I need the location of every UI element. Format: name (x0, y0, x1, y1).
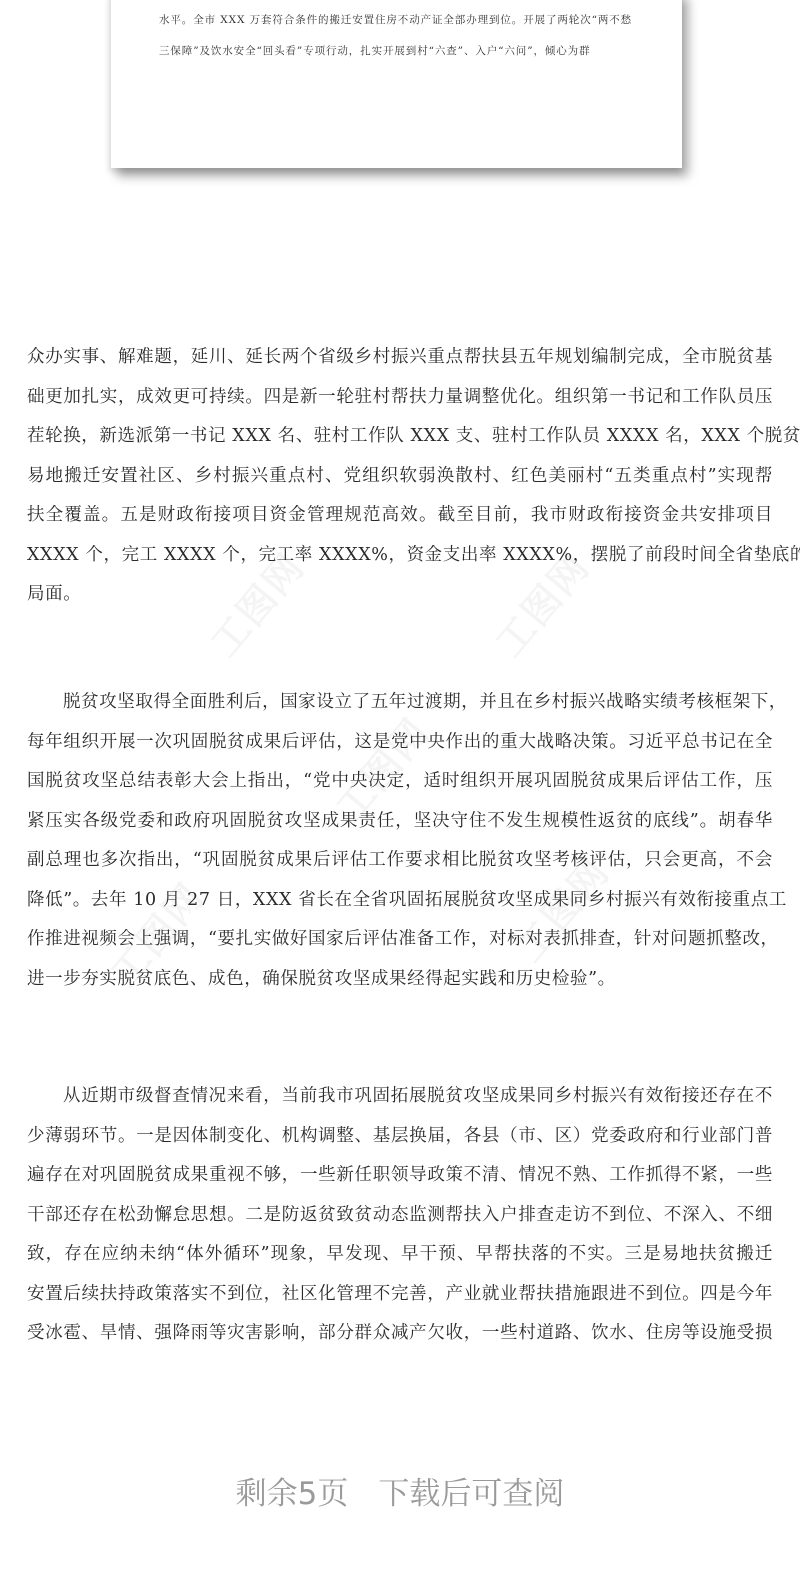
text-line: 作推进视频会上强调，“要扎实做好国家后评估准备工作，对标对表抓排查，针对问题抓整… (27, 920, 773, 960)
previous-page-preview: 水平。全市 XXX 万套符合条件的搬迁安置住房不动产证全部办理到位。开展了两轮次… (111, 0, 682, 168)
text-line: 安置后续扶持政策落实不到位，社区化管理不完善，产业就业帮扶措施跟进不到位。四是今… (27, 1275, 773, 1315)
preview-line: 三保障”及饮水安全“回头看”专项行动，扎实开展到村“六查”、入户“六问”，倾心为… (159, 43, 644, 58)
text-line: 遍存在对巩固脱贫成果重视不够，一些新任职领导政策不清、情况不熟、工作抓得不紧，一… (27, 1156, 773, 1196)
paragraph: 从近期市级督查情况来看，当前我市巩固拓展脱贫攻坚成果同乡村振兴有效衔接还存在不 … (27, 1077, 773, 1354)
text-line: 少薄弱环节。一是因体制变化、机构调整、基层换届，各县（市、区）党委政府和行业部门… (27, 1117, 773, 1157)
paragraph: 脱贫攻坚取得全面胜利后，国家设立了五年过渡期，并且在乡村振兴战略实绩考核框架下，… (27, 683, 773, 999)
text-line: 每年组织开展一次巩固脱贫成果后评估，这是党中央作出的重大战略决策。习近平总书记在… (27, 723, 773, 763)
text-line: 础更加扎实，成效更可持续。四是新一轮驻村帮扶力量调整优化。组织第一书记和工作队员… (27, 378, 773, 418)
text-line: 局面。 (27, 575, 773, 615)
download-hint-label: 下载后可查阅 (378, 1476, 564, 1512)
text-line: 致，存在应纳未纳“体外循环”现象，早发现、早干预、早帮扶落的不实。三是易地扶贫搬… (27, 1235, 773, 1275)
text-line: 紧压实各级党委和政府巩固脱贫攻坚成果责任，坚决守住不发生规模性返贫的底线”。胡春… (27, 802, 773, 842)
preview-line: 水平。全市 XXX 万套符合条件的搬迁安置住房不动产证全部办理到位。开展了两轮次… (159, 12, 644, 27)
text-line: 易地搬迁安置社区、乡村振兴重点村、党组织软弱涣散村、红色美丽村“五类重点村”实现… (27, 457, 773, 497)
download-to-read-more-banner[interactable]: 剩余5页下载后可查阅 (0, 1468, 800, 1513)
text-line: 国脱贫攻坚总结表彰大会上指出，“党中央决定，适时组织开展巩固脱贫成果后评估工作，… (27, 762, 773, 802)
text-line: 茬轮换，新选派第一书记 XXX 名、驻村工作队 XXX 支、驻村工作队员 XXX… (27, 417, 773, 457)
text-line: 干部还存在松劲懈怠思想。二是防返贫致贫动态监测帮扶入户排查走访不到位、不深入、不… (27, 1196, 773, 1236)
text-line: 脱贫攻坚取得全面胜利后，国家设立了五年过渡期，并且在乡村振兴战略实绩考核框架下， (27, 683, 773, 723)
text-line: 进一步夯实脱贫底色、成色，确保脱贫攻坚成果经得起实践和历史检验”。 (27, 960, 773, 1000)
text-line: 降低”。去年 10 月 27 日，XXX 省长在全省巩固拓展脱贫攻坚成果同乡村振… (27, 881, 773, 921)
text-line: 从近期市级督查情况来看，当前我市巩固拓展脱贫攻坚成果同乡村振兴有效衔接还存在不 (27, 1077, 773, 1117)
text-line: 副总理也多次指出，“巩固脱贫成果后评估工作要求相比脱贫攻坚考核评估，只会更高，不… (27, 841, 773, 881)
paragraph: 众办实事、解难题，延川、延长两个省级乡村振兴重点帮扶县五年规划编制完成，全市脱贫… (27, 338, 773, 615)
text-line: XXXX 个，完工 XXXX 个，完工率 XXXX%，资金支出率 XXXX%，摆… (27, 536, 773, 576)
text-line: 扶全覆盖。五是财政衔接项目资金管理规范高效。截至目前，我市财政衔接资金共安排项目 (27, 496, 773, 536)
text-line: 受冰雹、旱情、强降雨等灾害影响，部分群众减产欠收，一些村道路、饮水、住房等设施受… (27, 1314, 773, 1354)
remaining-pages-label: 剩余5页 (236, 1476, 349, 1512)
text-line: 众办实事、解难题，延川、延长两个省级乡村振兴重点帮扶县五年规划编制完成，全市脱贫… (27, 338, 773, 378)
